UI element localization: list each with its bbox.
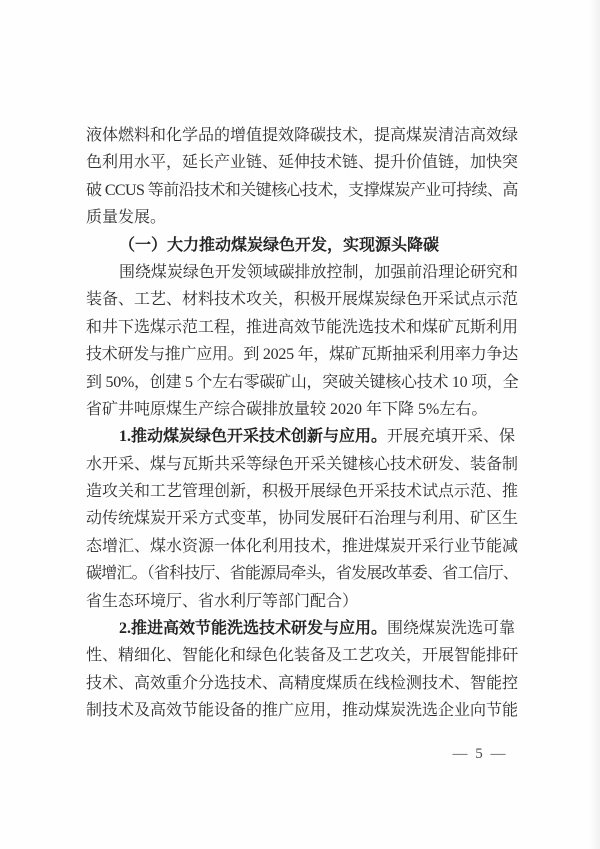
text-line: 碳增汇。（省科技厅、省能源局牵头，省发展改革委、省工信厅、 xyxy=(86,560,518,587)
text-run: 质量发展。 xyxy=(86,209,166,226)
text-run: 技术研发与推广应用。到 2025 年，煤矿瓦斯抽采利用率力争达 xyxy=(86,346,518,363)
text-run: 围绕煤炭绿色开发领域碳排放控制，加强前沿理论研究和 xyxy=(119,264,518,281)
text-line: 色利用水平，延长产业链、延伸技术链、提升价值链，加快突 xyxy=(86,149,518,176)
text-line: 制技术及高效节能设备的推广应用，推动煤炭洗选企业向节能 xyxy=(86,697,518,724)
text-line: 2.推进高效节能洗选技术研发与应用。围绕煤炭洗选可靠 xyxy=(86,615,518,642)
text-run: 技术、高效重介分选技术、高精度煤质在线检测技术、智能控 xyxy=(86,675,518,692)
text-line: 装备、工艺、材料技术攻关，积极开展煤炭绿色开采试点示范 xyxy=(86,286,518,313)
text-line: 围绕煤炭绿色开发领域碳排放控制，加强前沿理论研究和 xyxy=(86,259,518,286)
text-run: 造攻关和工艺管理创新，积极开展绿色开采技术试点示范、推 xyxy=(86,483,518,500)
text-run: 和井下选煤示范工程，推进高效节能洗选技术和煤矿瓦斯利用 xyxy=(86,319,518,336)
text-run: 色利用水平，延长产业链、延伸技术链、提升价值链，加快突 xyxy=(86,154,518,171)
page-number: — 5 — xyxy=(420,746,540,763)
bold-text-run: 2.推进高效节能洗选技术研发与应用。 xyxy=(119,620,387,637)
text-run: 装备、工艺、材料技术攻关，积极开展煤炭绿色开采试点示范 xyxy=(86,291,518,308)
text-line: 和井下选煤示范工程，推进高效节能洗选技术和煤矿瓦斯利用 xyxy=(86,314,518,341)
scan-edge-shading xyxy=(590,0,600,849)
text-run: 省生态环境厅、省水利厅等部门配合） xyxy=(86,593,358,610)
text-run: 到 50%，创建 5 个左右零碳矿山，突破关键核心技术 10 项，全 xyxy=(86,374,518,391)
text-line: 破 CCUS 等前沿技术和关键核心技术，支撑煤炭产业可持续、高 xyxy=(86,177,518,204)
text-run: 省矿井吨原煤生产综合碳排放量较 2020 年下降 5%左右。 xyxy=(86,401,487,418)
text-line: 液体燃料和化学品的增值提效降碳技术，提高煤炭清洁高效绿 xyxy=(86,122,518,149)
text-run: 水开采、煤与瓦斯共采等绿色开采关键核心技术研发、装备制 xyxy=(86,456,518,473)
document-body: 液体燃料和化学品的增值提效降碳技术，提高煤炭清洁高效绿色利用水平，延长产业链、延… xyxy=(86,122,518,725)
text-run: 液体燃料和化学品的增值提效降碳技术，提高煤炭清洁高效绿 xyxy=(86,127,518,144)
text-run: 制技术及高效节能设备的推广应用，推动煤炭洗选企业向节能 xyxy=(86,702,518,719)
text-line: 动传统煤炭开采方式变革，协同发展矸石治理与利用、矿区生 xyxy=(86,505,518,532)
text-run: 碳增汇。（省科技厅、省能源局牵头，省发展改革委、省工信厅、 xyxy=(86,565,518,582)
text-run: 性、精细化、智能化和绿色化装备及工艺攻关，开展智能排矸 xyxy=(86,647,518,664)
text-run: 动传统煤炭开采方式变革，协同发展矸石治理与利用、矿区生 xyxy=(86,510,518,527)
text-run: 态增汇、煤水资源一体化利用技术，推进煤炭开采行业节能减 xyxy=(86,538,518,555)
text-line: （一）大力推动煤炭绿色开发，实现源头降碳 xyxy=(86,232,518,259)
bold-text-run: 1.推动煤炭绿色开采技术创新与应用。 xyxy=(119,428,387,445)
text-line: 态增汇、煤水资源一体化利用技术，推进煤炭开采行业节能减 xyxy=(86,533,518,560)
text-run: 破 CCUS 等前沿技术和关键核心技术，支撑煤炭产业可持续、高 xyxy=(86,182,518,199)
text-line: 省生态环境厅、省水利厅等部门配合） xyxy=(86,588,518,615)
text-line: 到 50%，创建 5 个左右零碳矿山，突破关键核心技术 10 项，全 xyxy=(86,369,518,396)
text-run: 开展充填开采、保 xyxy=(387,428,515,445)
text-line: 1.推动煤炭绿色开采技术创新与应用。开展充填开采、保 xyxy=(86,423,518,450)
text-line: 技术、高效重介分选技术、高精度煤质在线检测技术、智能控 xyxy=(86,670,518,697)
text-line: 造攻关和工艺管理创新，积极开展绿色开采技术试点示范、推 xyxy=(86,478,518,505)
text-line: 性、精细化、智能化和绿色化装备及工艺攻关，开展智能排矸 xyxy=(86,642,518,669)
bold-text-run: （一）大力推动煤炭绿色开发，实现源头降碳 xyxy=(119,237,439,254)
text-line: 省矿井吨原煤生产综合碳排放量较 2020 年下降 5%左右。 xyxy=(86,396,518,423)
document-page: 液体燃料和化学品的增值提效降碳技术，提高煤炭清洁高效绿色利用水平，延长产业链、延… xyxy=(0,0,600,849)
text-run: 围绕煤炭洗选可靠 xyxy=(387,620,515,637)
text-line: 技术研发与推广应用。到 2025 年，煤矿瓦斯抽采利用率力争达 xyxy=(86,341,518,368)
text-line: 质量发展。 xyxy=(86,204,518,231)
text-line: 水开采、煤与瓦斯共采等绿色开采关键核心技术研发、装备制 xyxy=(86,451,518,478)
